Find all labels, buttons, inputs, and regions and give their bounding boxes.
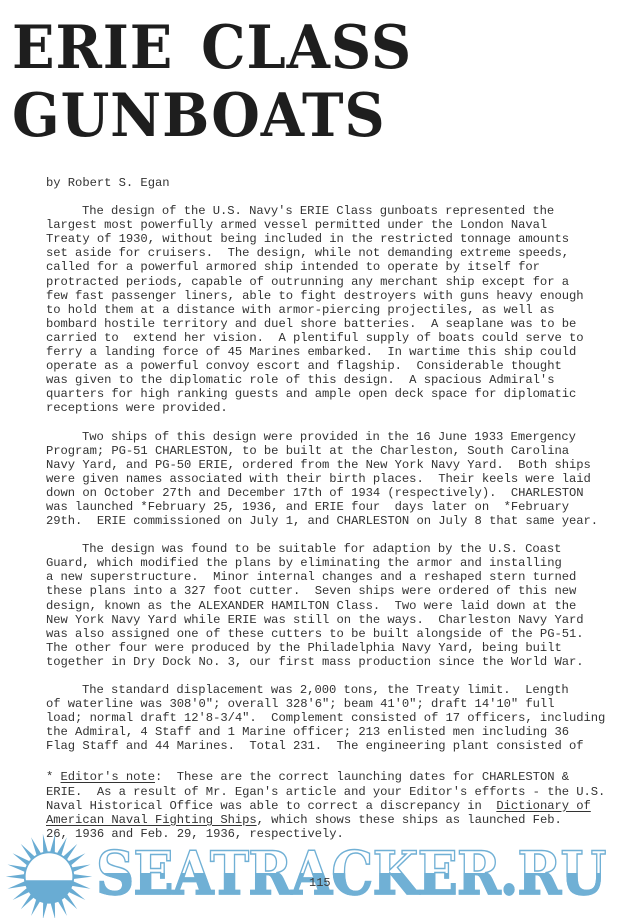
- title-line-2: GUNBOATS: [12, 82, 412, 150]
- text-line: was launched *February 25, 1936, and ERI…: [46, 500, 606, 514]
- text-line: was given to the diplomatic role of this…: [46, 373, 606, 387]
- title-word-class: CLASS: [201, 13, 412, 83]
- text-line: of waterline was 308'0"; overall 328'6";…: [46, 697, 606, 711]
- editors-note-line-3: Naval Historical Office was able to corr…: [46, 799, 496, 813]
- editors-note-line-2: ERIE. As a result of Mr. Egan's article …: [46, 785, 606, 799]
- editors-note-text: : These are the correct launching dates …: [155, 770, 569, 784]
- editors-note-line-5: 26, 1936 and Feb. 29, 1936, respectively…: [46, 827, 606, 841]
- text-line: Flag Staff and 44 Marines. Total 231. Th…: [46, 739, 606, 753]
- text-line: The standard displacement was 2,000 tons…: [46, 683, 606, 697]
- text-line: called for a powerful armored ship inten…: [46, 260, 606, 274]
- text-line: load; normal draft 12'8-3/4". Complement…: [46, 711, 606, 725]
- text-line: few fast passenger liners, able to fight…: [46, 289, 606, 303]
- text-line: were given names associated with their b…: [46, 472, 606, 486]
- text-line: down on October 27th and December 17th o…: [46, 486, 606, 500]
- title-word-erie: ERIE: [12, 13, 173, 83]
- text-line: the Admiral, 4 Staff and 1 Marine office…: [46, 725, 606, 739]
- text-line: The design was found to be suitable for …: [46, 542, 606, 556]
- text-line: bombard hostile territory and duel shore…: [46, 317, 606, 331]
- article-body: by Robert S. Egan The design of the U.S.…: [46, 176, 606, 855]
- text-line: receptions were provided.: [46, 401, 606, 415]
- book-title-part-2: American Naval Fighting Ships: [46, 813, 257, 827]
- title-line-1: ERIECLASS: [12, 14, 412, 82]
- book-title-part-1: Dictionary of: [496, 799, 590, 813]
- editors-note-label: Editor's note: [61, 770, 155, 784]
- text-line: a new superstructure. Minor internal cha…: [46, 570, 606, 584]
- editors-note: * Editor's note: These are the correct l…: [46, 770, 606, 840]
- byline: by Robert S. Egan: [46, 176, 606, 190]
- page-number: 115: [309, 876, 331, 890]
- text-line: New York Navy Yard while ERIE was still …: [46, 613, 606, 627]
- text-line: Guard, which modified the plans by elimi…: [46, 556, 606, 570]
- text-line: Program; PG-51 CHARLESTON, to be built a…: [46, 444, 606, 458]
- text-line: was also assigned one of these cutters t…: [46, 627, 606, 641]
- text-line: carried to extend her vision. A plentifu…: [46, 331, 606, 345]
- text-line: quarters for high ranking guests and amp…: [46, 387, 606, 401]
- article-title: ERIECLASS GUNBOATS: [12, 14, 412, 150]
- paragraph-2: Two ships of this design were provided i…: [46, 430, 606, 529]
- text-line: operate as a powerful convoy escort and …: [46, 359, 606, 373]
- text-line: The design of the U.S. Navy's ERIE Class…: [46, 204, 606, 218]
- text-line: design, known as the ALEXANDER HAMILTON …: [46, 599, 606, 613]
- text-line: protracted periods, capable of outrunnin…: [46, 275, 606, 289]
- paragraph-1: The design of the U.S. Navy's ERIE Class…: [46, 204, 606, 415]
- editors-note-line-4: , which shows these ships as launched Fe…: [257, 813, 562, 827]
- text-line: Treaty of 1930, without being included i…: [46, 232, 606, 246]
- text-line: The other four were produced by the Phil…: [46, 641, 606, 655]
- text-line: ferry a landing force of 45 Marines emba…: [46, 345, 606, 359]
- text-line: these plans into a 327 foot cutter. Seve…: [46, 584, 606, 598]
- paragraph-4: The standard displacement was 2,000 tons…: [46, 683, 606, 753]
- text-line: Two ships of this design were provided i…: [46, 430, 606, 444]
- text-line: 29th. ERIE commissioned on July 1, and C…: [46, 514, 606, 528]
- paragraph-3: The design was found to be suitable for …: [46, 542, 606, 669]
- text-line: together in Dry Dock No. 3, our first ma…: [46, 655, 606, 669]
- text-line: to hold them at a distance with armor-pi…: [46, 303, 606, 317]
- text-line: largest most powerfully armed vessel per…: [46, 218, 606, 232]
- text-line: set aside for cruisers. The design, whil…: [46, 246, 606, 260]
- footnote-marker: *: [46, 770, 61, 784]
- text-line: Navy Yard, and PG-50 ERIE, ordered from …: [46, 458, 606, 472]
